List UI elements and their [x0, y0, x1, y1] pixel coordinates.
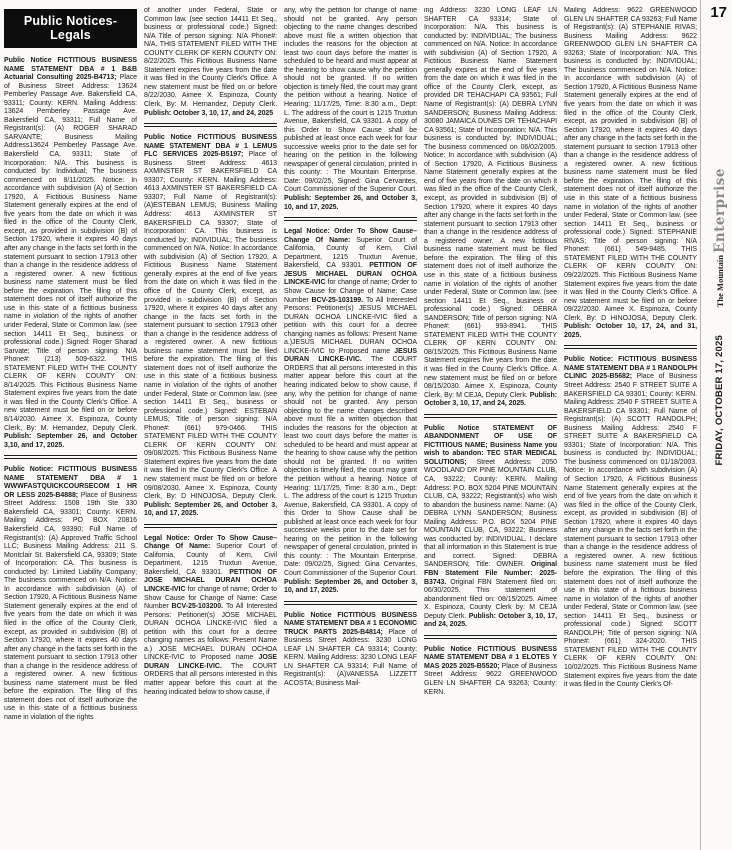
notice-segment: of another under Federal, State or Commo… [144, 7, 277, 108]
masthead-prefix: The Mountain [715, 253, 725, 307]
notice-segment: ing Address: 3230 LONG LEAF LN SHAFTER C… [424, 7, 557, 399]
notices-column-1: Public Notices-Legals Public Notice FICT… [4, 7, 137, 845]
notice-segment: Publish: September 26, and October 3, 10… [284, 579, 417, 595]
notices-column-4: ing Address: 3230 LONG LEAF LN SHAFTER C… [424, 7, 557, 845]
notices-column-3: any, why the petition for change of name… [284, 7, 417, 845]
column-content: any, why the petition for change of name… [284, 7, 417, 689]
notice-separator [564, 345, 697, 349]
notice-text: Public Notice FICTITIOUS BUSINESS NAME S… [284, 612, 417, 689]
notice-segment: Mailing Address: 9622 GREENWOOD GLEN LN … [564, 7, 697, 322]
notice-segment: Place of Business Street Address: 2540 F… [564, 373, 697, 688]
notice-segment: Publish: September 26, and October 3, 10… [144, 502, 277, 518]
notice-text: Mailing Address: 9622 GREENWOOD GLEN LN … [564, 7, 697, 340]
notice-segment: BCV-25-103200. [172, 603, 226, 610]
notice-text: Legal Notice: Order To Show Cause–Change… [144, 535, 277, 697]
notice-segment: Place of Business Street Address: 4613 A… [144, 151, 277, 500]
notice-separator [424, 635, 557, 639]
notice-segment: Public Notice FICTITIOUS BUSINESS NAME S… [4, 57, 137, 81]
notice-separator [284, 601, 417, 605]
notice-segment: Place of Business Street Address: 3230 L… [284, 629, 417, 687]
notice-separator [424, 414, 557, 418]
notice-segment: Publish: September 26, and October 3,10,… [4, 433, 137, 449]
page-edge-sidebar: 17 The Mountain Enterprise FRIDAY, OCTOB… [700, 0, 732, 850]
notice-text: Public Notice: FICTITIOUS BUSINESS NAME … [4, 466, 137, 722]
legal-notices-columns: Public Notices-Legals Public Notice FICT… [4, 7, 697, 845]
notice-text: Public Notice FICTITIOUS BUSINESS NAME S… [144, 134, 277, 519]
notice-text: Public Notice STATEMENT OF ABANDONMENT O… [424, 425, 557, 630]
notice-text: Legal Notice: Order To Show Cause–Change… [284, 228, 417, 596]
column-content: of another under Federal, State or Commo… [144, 7, 277, 697]
notice-separator [284, 217, 417, 221]
column-content: Public Notice FICTITIOUS BUSINESS NAME S… [4, 57, 137, 723]
notice-segment: Publish: October 3, 10, 17, and 24, 2025 [144, 110, 273, 117]
notice-segment: BCV-25-103199. [312, 297, 366, 304]
masthead-name: Enterprise [712, 168, 728, 253]
notice-segment: To All Interested Persons: Petitioner(s)… [144, 603, 277, 661]
notice-text: of another under Federal, State or Commo… [144, 7, 277, 118]
notice-segment: Publish: September 26, and October 3, 10… [284, 195, 417, 211]
notice-segment: Place of Business Street Address: 1508 1… [4, 492, 137, 721]
notice-text: Public Notice: FICTITIOUS BUSINESS NAME … [564, 356, 697, 689]
section-title: Public Notices-Legals [24, 14, 117, 42]
column-content: ing Address: 3230 LONG LEAF LN SHAFTER C… [424, 7, 557, 697]
notices-column-5: Mailing Address: 9622 GREENWOOD GLEN LN … [564, 7, 697, 845]
notice-text: any, why the petition for change of name… [284, 7, 417, 212]
notice-segment: Publish: October 10, 17, 24, and 31, 202… [564, 323, 697, 339]
notice-segment: The COURT ORDERS that all persons intere… [284, 356, 417, 577]
notice-text: Public Notice FICTITIOUS BUSINESS NAME S… [4, 57, 137, 450]
notice-separator [144, 123, 277, 127]
notice-separator [144, 524, 277, 528]
edition-date: FRIDAY, OCTOBER 17, 2025 [714, 335, 725, 465]
newspaper-page: Public Notices-Legals Public Notice FICT… [0, 0, 732, 850]
notice-segment: Place of Business Street Address: 13624 … [4, 74, 137, 431]
page-number: 17 [710, 4, 727, 21]
notices-column-2: of another under Federal, State or Commo… [144, 7, 277, 845]
masthead: The Mountain Enterprise [711, 168, 729, 307]
column-content: Mailing Address: 9622 GREENWOOD GLEN LN … [564, 7, 697, 690]
notice-separator [4, 455, 137, 459]
notice-segment: To All Interested Persons: Petitioner(s)… [284, 297, 417, 355]
notice-text: ing Address: 3230 LONG LEAF LN SHAFTER C… [424, 7, 557, 409]
notice-text: Public Notice FICTITIOUS BUSINESS NAME S… [424, 646, 557, 697]
notice-segment: Street Address: 2050 WOODLAND DR PINE MO… [424, 459, 557, 569]
notice-segment: any, why the petition for change of name… [284, 7, 417, 193]
section-header: Public Notices-Legals [4, 9, 137, 48]
